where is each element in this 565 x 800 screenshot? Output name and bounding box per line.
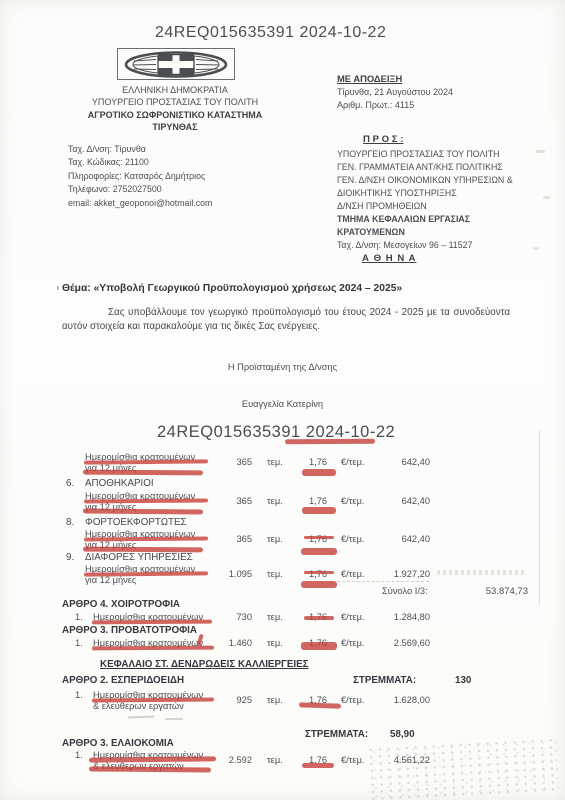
contact-info: Πληροφορίες: Κατσαρός Δημήτριος bbox=[68, 170, 212, 183]
row-unit: τεμ. bbox=[267, 695, 283, 705]
row-total: 642,40 bbox=[370, 496, 430, 506]
scan-artifact-noise bbox=[369, 738, 562, 800]
row-unit: τεμ. bbox=[267, 534, 283, 544]
to-block: ΥΠΟΥΡΓΕΙΟ ΠΡΟΣΤΑΣΙΑΣ ΤΟΥ ΠΟΛΙΤΗ ΓΕΝ. ΓΡΑ… bbox=[337, 148, 513, 252]
area-label: ΣΤΡΕΜΜΑΤΑ: bbox=[353, 675, 416, 686]
row-label-2: για 12 μήνες bbox=[85, 575, 136, 585]
row-unit: τεμ. bbox=[267, 457, 283, 467]
row-label-2: & ελεύθερων εργατών bbox=[93, 701, 184, 711]
row-total: 1.628,00 bbox=[370, 695, 430, 705]
article-title: ΑΡΘΡΟ 3. ΠΡΟΒΑΤΟΤΡΟΦΙΑ bbox=[62, 625, 197, 636]
row-price: 1,76 bbox=[301, 496, 335, 506]
row-per-unit: €/τεμ. bbox=[341, 695, 365, 705]
red-marker-stroke bbox=[304, 536, 334, 539]
red-marker-stroke bbox=[89, 756, 216, 762]
delivery-place-date: Τίρυνθα, 21 Αυγούστου 2024 bbox=[337, 87, 453, 98]
row-total: 2.569,60 bbox=[370, 638, 430, 648]
row-per-unit: €/τεμ. bbox=[341, 638, 365, 648]
section-number: 8. bbox=[66, 517, 74, 528]
red-marker-stroke bbox=[92, 620, 212, 624]
scanned-document-page: 24REQ015635391 2024-10-22 ΕΛΛΗΝΙΚΗ ΔΗΜΟΚ… bbox=[0, 0, 565, 800]
article-title: ΑΡΘΡΟ 2. ΕΣΠΕΡΙΔΟΕΙΔΗ bbox=[62, 675, 184, 686]
contact-email: email: akket_geoponoi@hotmail.com bbox=[68, 197, 212, 210]
agency-line-2: ΤΙΡΥΝΘΑΣ bbox=[0, 122, 350, 133]
red-marker-stroke bbox=[84, 459, 208, 464]
signature-role: Η Προϊσταμένη της Δ/νσης bbox=[0, 362, 565, 372]
to-address: Ταχ. Δ/νση: Μεσογείων 96 – 11527 bbox=[337, 239, 513, 252]
row-number: 1. bbox=[75, 750, 83, 760]
row-per-unit: €/τεμ. bbox=[341, 457, 365, 467]
section-title: ΑΠΟΘΗΚΑΡΙΟΙ bbox=[85, 478, 154, 489]
delivery-method: ΜΕ ΑΠΟΔΕΙΞΗ bbox=[337, 73, 402, 84]
row-total: 642,40 bbox=[370, 457, 430, 467]
red-marker-stroke bbox=[89, 766, 211, 772]
coat-of-arms-svg bbox=[120, 51, 232, 78]
scan-artifact-vertical-line bbox=[539, 430, 540, 605]
chapter-title: ΚΕΦΑΛΑΙΟ ΣΤ. ΔΕΝΔΡΩΔΕΙΣ ΚΑΛΛΙΕΡΓΕΙΕΣ bbox=[100, 659, 309, 670]
scan-artifact-smudge bbox=[128, 716, 154, 719]
row-total: 1.284,80 bbox=[370, 612, 430, 622]
section-number: 9. bbox=[66, 552, 74, 563]
to-line: ΓΕΝ. ΓΡΑΜΜΑΤΕΙΑ ΑΝΤ/ΚΗΣ ΠΟΛΙΤΙΚΗΣ bbox=[337, 161, 513, 174]
row-per-unit: €/τεμ. bbox=[341, 569, 365, 579]
row-total: 1.927,20 bbox=[370, 569, 430, 579]
scan-artifact-faded-text bbox=[437, 570, 525, 575]
to-line: Δ/ΝΣΗ ΠΡΟΜΗΘΕΙΩΝ bbox=[337, 200, 513, 213]
row-number: 1. bbox=[75, 690, 83, 700]
red-marker-stroke bbox=[83, 508, 203, 514]
body-paragraph: Σας υποβάλλουμε τον γεωργικό προϋπολογισ… bbox=[62, 306, 510, 333]
red-marker-stroke bbox=[302, 507, 336, 514]
subtotal-label: Σύνολο Ι/3: bbox=[382, 586, 428, 596]
row-unit: τεμ. bbox=[267, 612, 283, 622]
red-marker-stroke bbox=[301, 581, 337, 588]
red-marker-stroke bbox=[84, 571, 208, 576]
row-total: 642,40 bbox=[370, 534, 430, 544]
document-code-top: 24REQ015635391 2024-10-22 bbox=[155, 24, 386, 42]
area-value: 58,90 bbox=[390, 729, 415, 740]
contact-postal: Ταχ. Κώδικας: 21100 bbox=[68, 156, 212, 169]
row-unit: τεμ. bbox=[267, 755, 283, 765]
row-unit: τεμ. bbox=[267, 496, 283, 506]
red-marker-stroke bbox=[301, 642, 337, 650]
section-title: ΦΟΡΤΟΕΚΦΟΡΤΩΤΕΣ bbox=[85, 517, 187, 528]
section-title: ΔΙΑΦΟΡΕΣ ΥΠΗΡΕΣΙΕΣ bbox=[85, 552, 193, 563]
to-city: Α Θ Η Ν Α bbox=[362, 253, 416, 264]
red-marker-stroke bbox=[84, 498, 208, 503]
row-per-unit: €/τεμ. bbox=[341, 755, 365, 765]
scan-artifact-speck bbox=[543, 196, 550, 199]
red-marker-stroke bbox=[302, 469, 336, 476]
red-marker-stroke bbox=[299, 702, 341, 708]
to-dept-line-2: ΚΡΑΤΟΥΜΕΝΩΝ bbox=[337, 226, 513, 239]
ministry-line: ΥΠΟΥΡΓΕΙΟ ΠΡΟΣΤΑΣΙΑΣ ΤΟΥ ΠΟΛΙΤΗ bbox=[0, 97, 350, 108]
scan-artifact-smudge bbox=[165, 718, 183, 720]
red-marker-stroke bbox=[302, 763, 334, 768]
red-marker-stroke bbox=[83, 547, 203, 553]
row-number: 1. bbox=[75, 638, 83, 648]
scan-artifact-speck bbox=[533, 247, 539, 250]
red-marker-stroke bbox=[304, 616, 334, 620]
row-per-unit: €/τεμ. bbox=[341, 534, 365, 544]
red-marker-stroke bbox=[304, 571, 334, 574]
red-marker-stroke bbox=[83, 470, 203, 476]
republic-line: ΕΛΛΗΝΙΚΗ ΔΗΜΟΚΡΑΤΙΑ bbox=[0, 85, 350, 96]
row-per-unit: €/τεμ. bbox=[341, 496, 365, 506]
protocol-number: Αριθμ. Πρωτ.: 4115 bbox=[337, 100, 414, 111]
signature-name: Ευαγγελία Κατερίνη bbox=[0, 399, 565, 409]
red-marker-stroke bbox=[285, 439, 375, 444]
coat-of-arms-icon bbox=[117, 48, 235, 80]
red-marker-stroke bbox=[84, 536, 208, 541]
red-marker-stroke bbox=[92, 697, 214, 702]
contact-phone: Τηλέφωνο: 2752027500 bbox=[68, 183, 212, 196]
article-title: ΑΡΘΡΟ 4. ΧΟΙΡΟΤΡΟΦΙΑ bbox=[62, 599, 180, 610]
scan-artifact-speck bbox=[536, 150, 545, 153]
area-label: ΣΤΡΕΜΜΑΤΑ: bbox=[305, 729, 368, 740]
row-number: 1. bbox=[75, 612, 83, 622]
to-line: ΥΠΟΥΡΓΕΙΟ ΠΡΟΣΤΑΣΙΑΣ ΤΟΥ ΠΟΛΙΤΗ bbox=[337, 148, 513, 161]
subject-line: Θέμα: «Υποβολή Γεωργικού Προϋπολογισμού … bbox=[62, 283, 522, 294]
contact-address: Ταχ. Δ/νση: Τίρυνθα bbox=[68, 143, 212, 156]
mid-code: 24REQ015635391 bbox=[157, 423, 301, 441]
scan-artifact-speck bbox=[57, 286, 59, 290]
red-marker-stroke bbox=[301, 548, 337, 555]
section-number: 6. bbox=[66, 478, 74, 489]
scan-artifact-dashed-line bbox=[337, 581, 429, 582]
to-dept-line-1: ΤΜΗΜΑ ΚΕΦΑΛΑΙΩΝ ΕΡΓΑΣΙΑΣ bbox=[337, 213, 513, 226]
subtotal-value: 53.874,73 bbox=[430, 586, 528, 597]
row-per-unit: €/τεμ. bbox=[341, 612, 365, 622]
row-unit: τεμ. bbox=[267, 569, 283, 579]
to-line: ΔΙΟΙΚΗΤΙΚΗΣ ΥΠΟΣΤΗΡΙΞΗΣ bbox=[337, 187, 513, 200]
row-unit: τεμ. bbox=[267, 638, 283, 648]
to-line: ΓΕΝ. Δ/ΝΣΗ ΟΙΚΟΝΟΜΙΚΩΝ ΥΠΗΡΕΣΙΩΝ & bbox=[337, 174, 513, 187]
agency-line-1: ΑΓΡΟΤΙΚΟ ΣΩΦΡΟΝΙΣΤΙΚΟ ΚΑΤΑΣΤΗΜΑ bbox=[0, 110, 350, 121]
contact-block: Ταχ. Δ/νση: Τίρυνθα Ταχ. Κώδικας: 21100 … bbox=[68, 143, 212, 210]
article-title: ΑΡΘΡΟ 3. ΕΛΑΙΟΚΟΜΙΑ bbox=[62, 738, 174, 749]
row-price: 1,76 bbox=[301, 457, 335, 467]
to-label: Π Ρ Ο Σ : bbox=[363, 134, 403, 145]
area-value: 130 bbox=[455, 675, 471, 686]
red-marker-stroke bbox=[92, 646, 214, 651]
